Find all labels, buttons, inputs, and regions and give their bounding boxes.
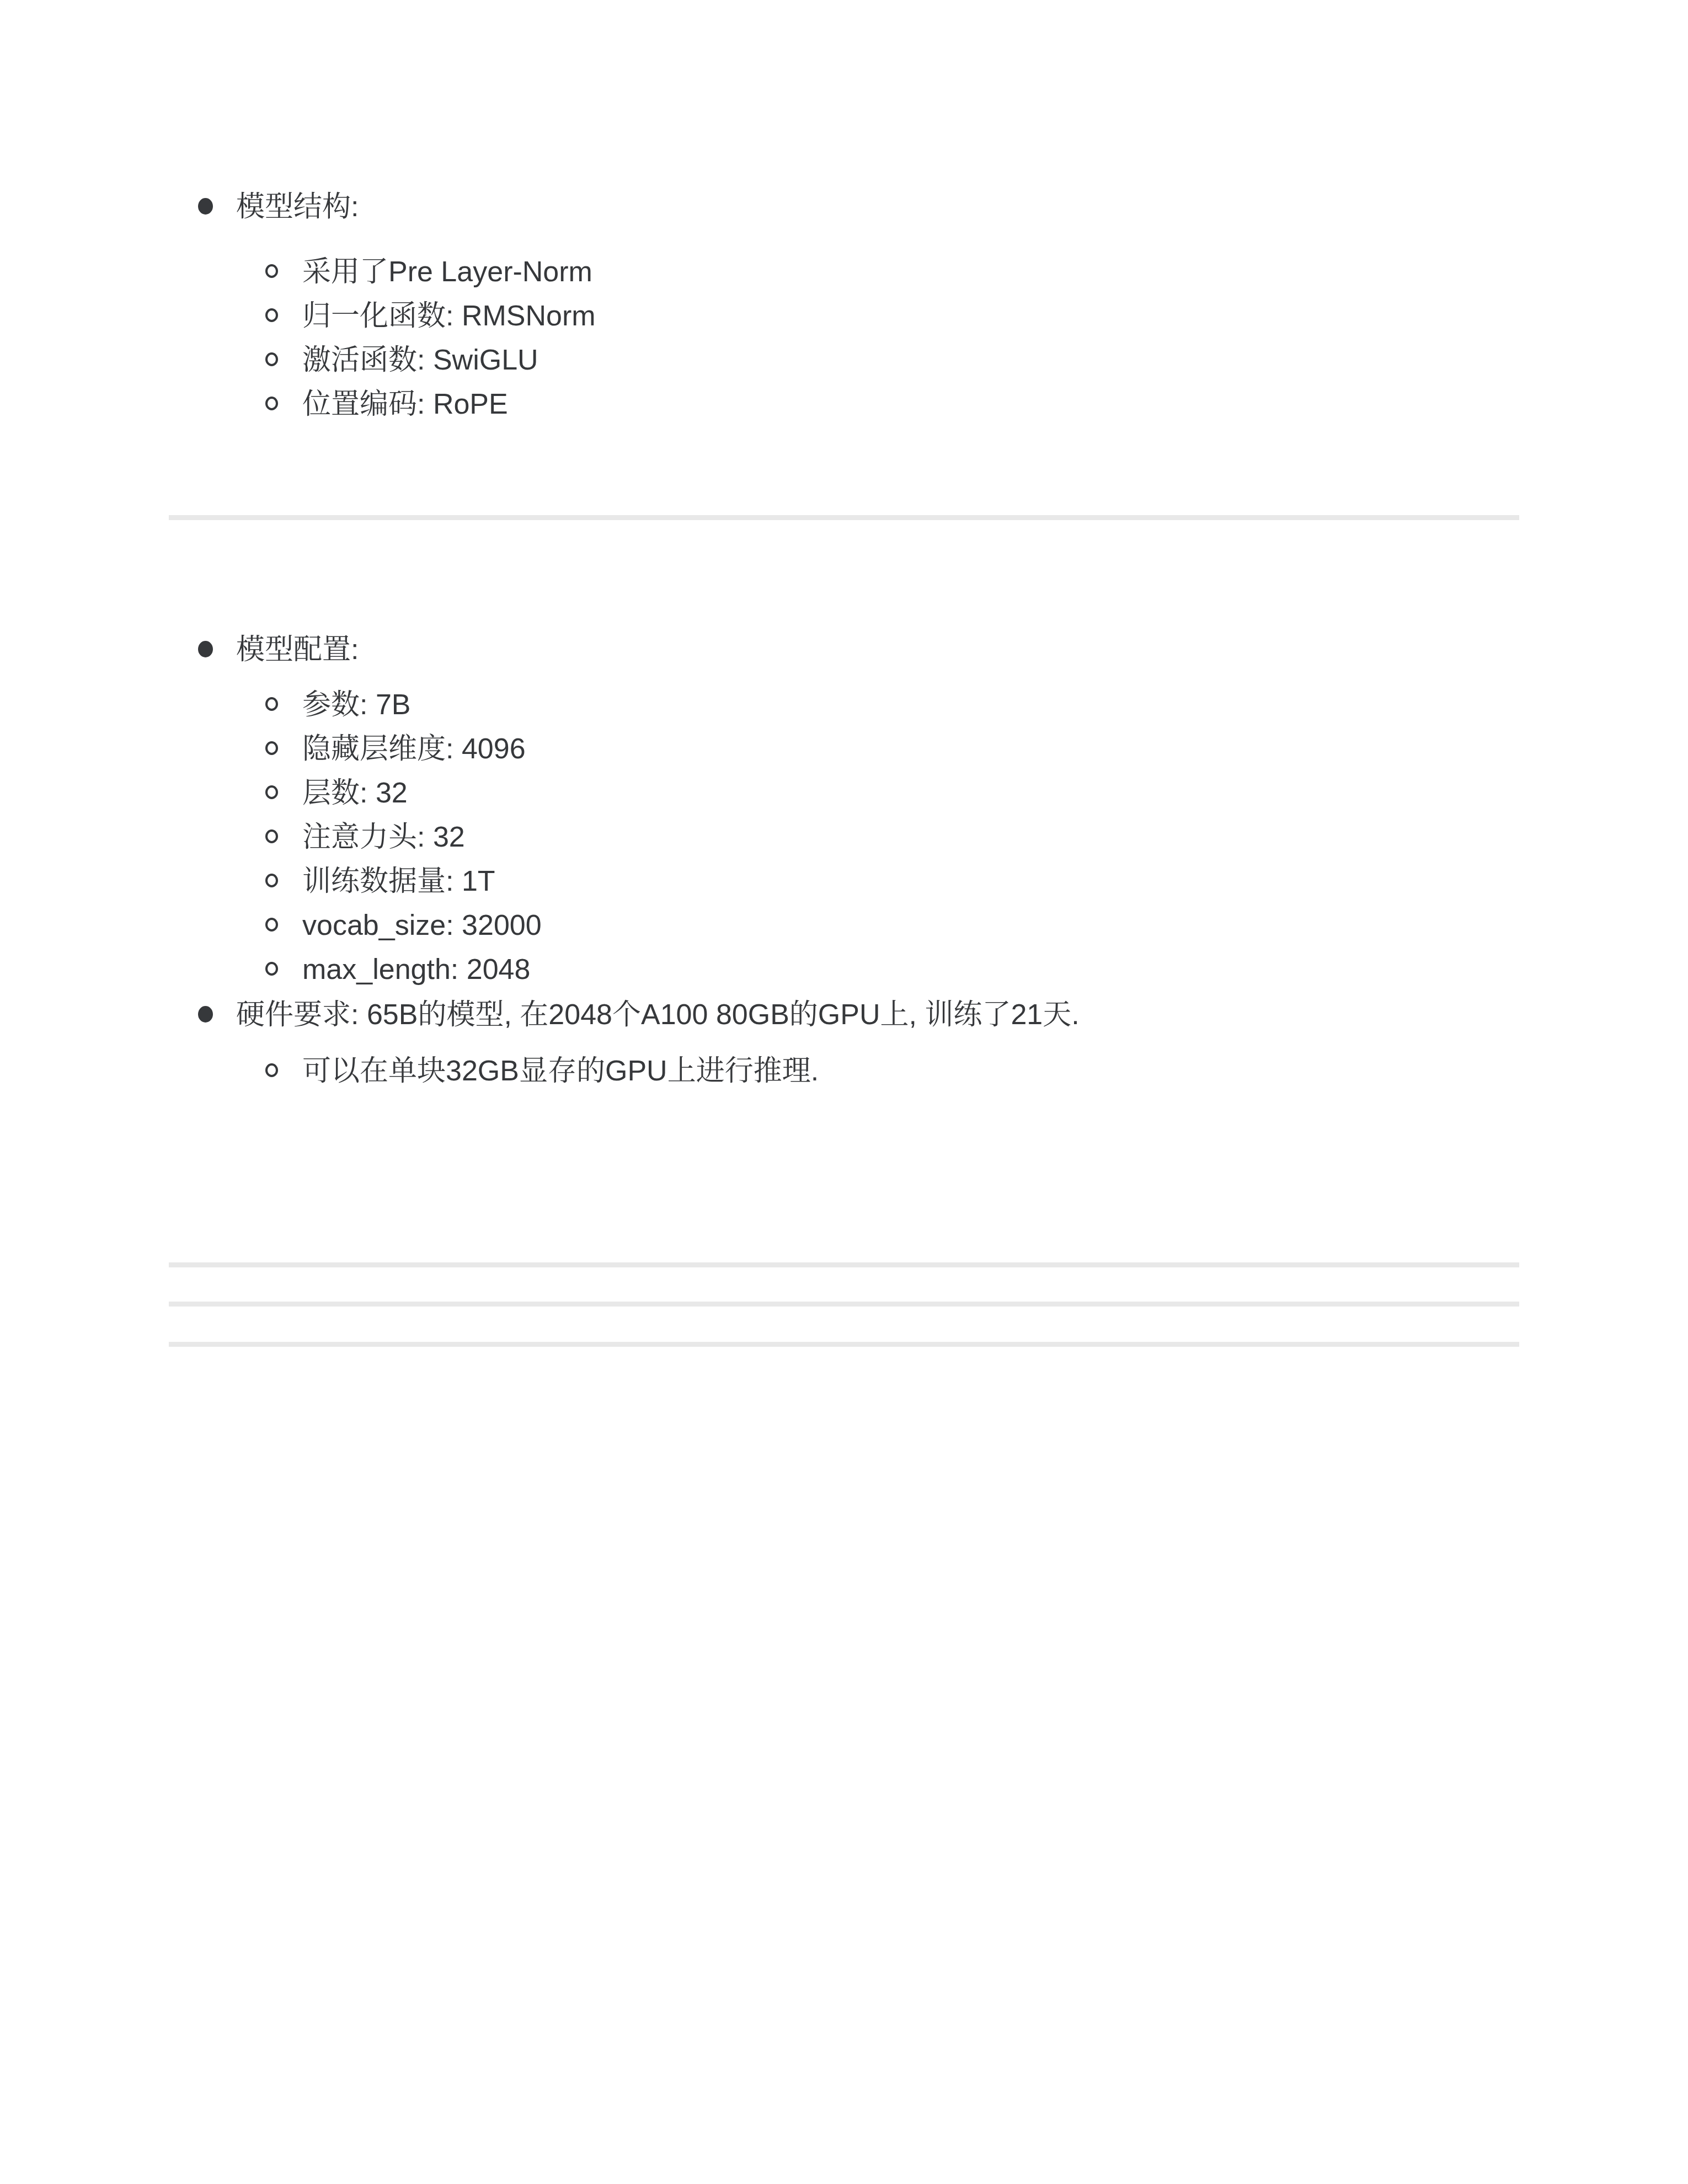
list-item: 采用了Pre Layer-Norm	[169, 249, 1519, 293]
list-item: 激活函数: SwiGLU	[169, 338, 1519, 382]
bullet-disc-icon	[198, 198, 213, 215]
list-item: vocab_size: 32000	[169, 903, 1519, 947]
list-item-text: vocab_size: 32000	[302, 903, 542, 947]
list-item-text: 位置编码: RoPE	[302, 382, 508, 426]
document-content: 模型结构: 采用了Pre Layer-Norm 归一化函数: RMSNorm 激…	[169, 0, 1519, 1347]
list-item-text: 采用了Pre Layer-Norm	[302, 249, 592, 293]
list-item: 隐藏层维度: 4096	[169, 726, 1519, 770]
list-item: 注意力头: 32	[169, 815, 1519, 859]
list-item-text: 归一化函数: RMSNorm	[302, 293, 596, 338]
horizontal-divider	[169, 1262, 1519, 1267]
list-item-text: 训练数据量: 1T	[302, 859, 495, 903]
list-item-heading-hardware: 硬件要求: 65B的模型, 在2048个A100 80GB的GPU上, 训练了2…	[169, 992, 1519, 1036]
list-item-text: 硬件要求: 65B的模型, 在2048个A100 80GB的GPU上, 训练了2…	[236, 992, 1080, 1036]
bullet-circle-icon	[265, 962, 278, 976]
document-page: 模型结构: 采用了Pre Layer-Norm 归一化函数: RMSNorm 激…	[0, 0, 1688, 2184]
bullet-circle-icon	[265, 308, 278, 322]
list-item-text: 层数: 32	[302, 770, 408, 815]
list-item: 训练数据量: 1T	[169, 859, 1519, 903]
horizontal-divider	[169, 515, 1519, 520]
bullet-circle-icon	[265, 697, 278, 711]
bullet-disc-icon	[198, 1006, 213, 1023]
bullet-circle-icon	[265, 874, 278, 887]
list-item: 参数: 7B	[169, 682, 1519, 726]
bullet-circle-icon	[265, 264, 278, 278]
list-item: 位置编码: RoPE	[169, 382, 1519, 426]
list-item-text: 注意力头: 32	[302, 815, 465, 859]
bullet-disc-icon	[198, 641, 213, 657]
list-item-text: 参数: 7B	[302, 682, 411, 726]
list-item-text: 隐藏层维度: 4096	[302, 726, 526, 770]
list-item: 归一化函数: RMSNorm	[169, 293, 1519, 338]
list-item: 层数: 32	[169, 770, 1519, 815]
list-item-heading-config: 模型配置:	[169, 627, 1519, 671]
bullet-circle-icon	[265, 1063, 278, 1077]
horizontal-divider	[169, 1302, 1519, 1307]
list-item-text: 模型配置:	[236, 627, 359, 671]
list-item-text: 激活函数: SwiGLU	[302, 338, 538, 382]
bullet-circle-icon	[265, 918, 278, 932]
list-item-text: 模型结构:	[236, 184, 359, 228]
list-item: 可以在单块32GB显存的GPU上进行推理.	[169, 1048, 1519, 1093]
bullet-circle-icon	[265, 741, 278, 755]
horizontal-divider	[169, 1342, 1519, 1347]
bullet-circle-icon	[265, 785, 278, 799]
list-item-text: 可以在单块32GB显存的GPU上进行推理.	[302, 1048, 819, 1093]
list-item: max_length: 2048	[169, 947, 1519, 991]
bullet-circle-icon	[265, 829, 278, 843]
list-item-text: max_length: 2048	[302, 947, 530, 991]
list-item-heading-structure: 模型结构:	[169, 184, 1519, 228]
bullet-circle-icon	[265, 397, 278, 410]
bullet-circle-icon	[265, 352, 278, 366]
